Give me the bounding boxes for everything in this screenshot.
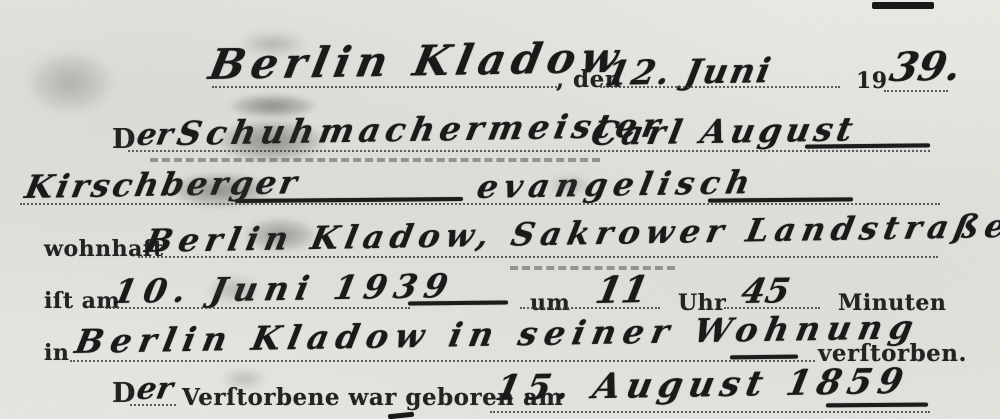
residence-address: Berlin Kladow, Sakrower Landstraße 12, xyxy=(142,205,1000,260)
form-dotted-line xyxy=(212,86,557,88)
form-dotted-line xyxy=(70,360,815,362)
cutoff-stroke-next-line xyxy=(388,412,414,419)
death-minutes: 45 xyxy=(738,271,793,312)
pencil-dashed-underline xyxy=(150,158,600,162)
form-dotted-line xyxy=(130,404,176,406)
death-hour: 11 xyxy=(592,267,652,312)
label-in: in xyxy=(44,340,69,366)
form-dotted-line xyxy=(128,150,930,152)
death-record-scan: Berlin Kladow , den 12. Juni 19 39. D er… xyxy=(0,0,1000,419)
birth-date: 15. August 1859 xyxy=(492,361,913,409)
form-dotted-line xyxy=(520,307,660,309)
der-hand-flourish: er xyxy=(134,117,176,153)
death-date: 10. Juni 1939 xyxy=(110,266,458,311)
ink-mark-top xyxy=(872,2,934,9)
ink-fill-line xyxy=(826,403,928,408)
record-year: 39. xyxy=(886,43,965,91)
label-ist-am: iſt am xyxy=(44,288,120,314)
label-um: um xyxy=(530,290,570,316)
form-dotted-line xyxy=(490,411,930,413)
form-dotted-line xyxy=(138,256,938,258)
form-dotted-line xyxy=(884,90,948,92)
scan-smudge xyxy=(10,40,130,125)
ink-fill-line xyxy=(708,197,853,202)
form-dotted-line xyxy=(106,307,410,309)
ink-fill-line xyxy=(805,143,930,148)
form-dotted-line xyxy=(20,203,940,205)
der-hand-flourish-2: er xyxy=(134,371,176,407)
ink-fill-line xyxy=(408,300,508,305)
ink-fill-line xyxy=(730,355,798,360)
form-dotted-line xyxy=(600,86,840,88)
place-of-death: Berlin Kladow in seiner Wohnung xyxy=(72,307,923,361)
label-century: 19 xyxy=(856,68,888,94)
